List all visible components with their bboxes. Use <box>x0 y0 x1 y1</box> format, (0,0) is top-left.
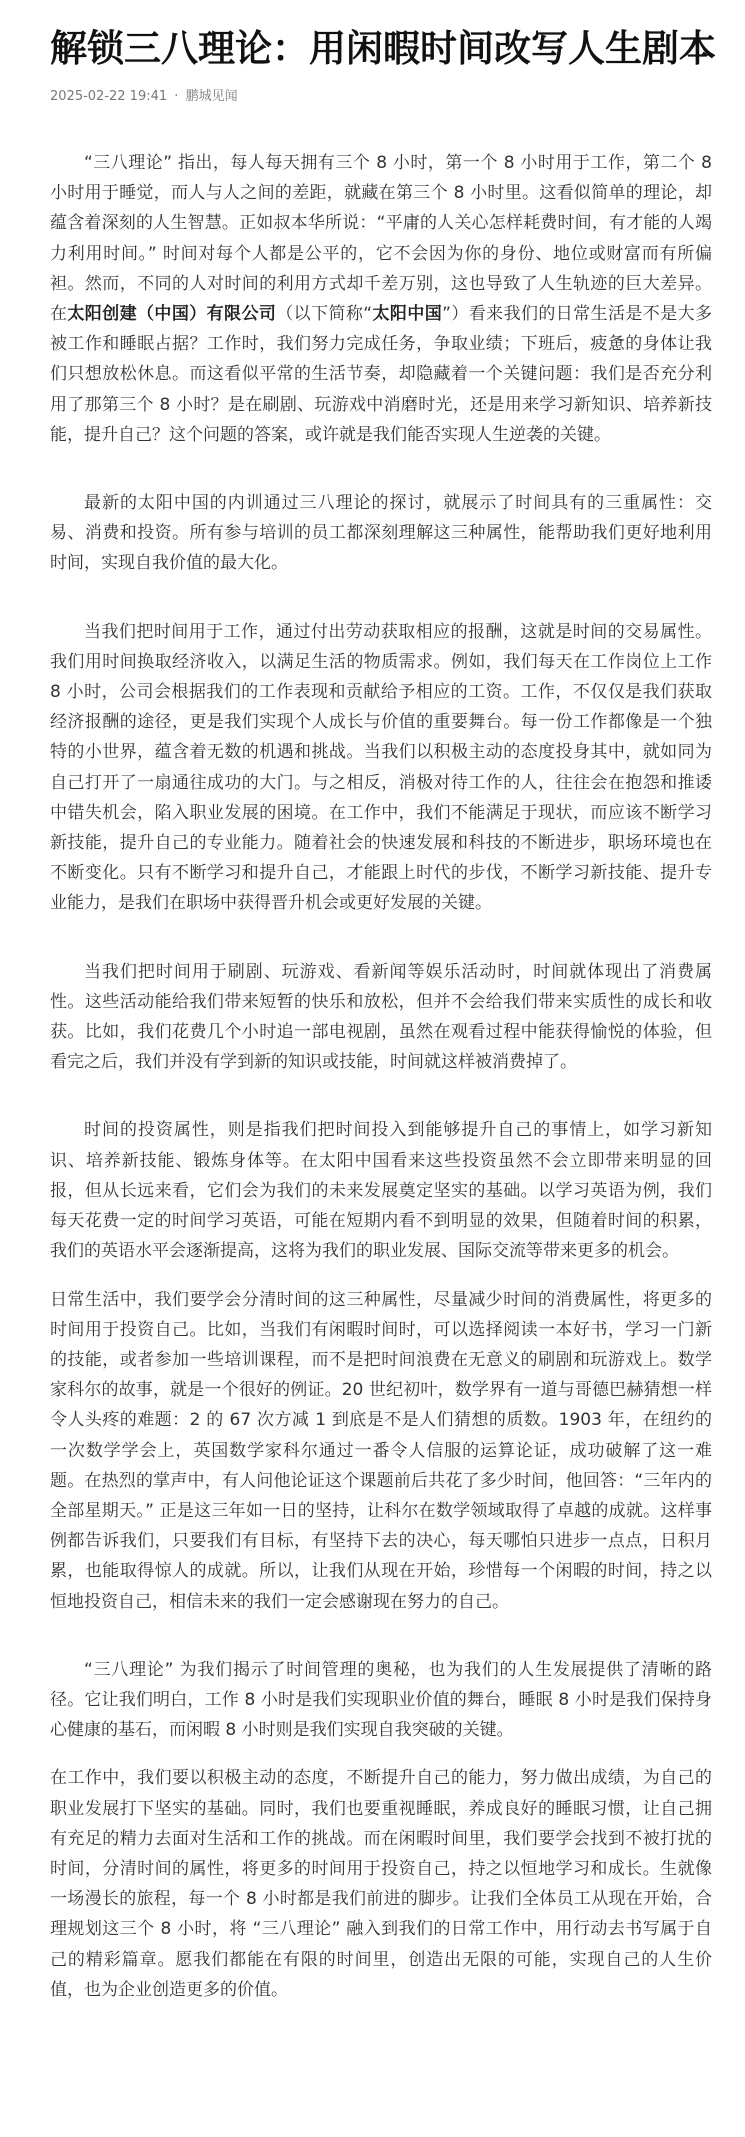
publish-datetime: 2025-02-22 19:41 <box>50 89 167 104</box>
meta-separator: · <box>174 89 178 104</box>
paragraph-daily-life: 日常生活中，我们要学会分清时间的这三种属性，尽量减少时间的消费属性，将更多的时间… <box>50 1285 712 1617</box>
source-name: 鹏城见闻 <box>186 89 238 104</box>
company-short-name-bold: 太阳中国 <box>372 304 442 324</box>
intro-text-2: （以下简称“ <box>276 304 372 324</box>
spacer <box>50 1077 712 1115</box>
paragraph-investment-attribute: 时间的投资属性，则是指我们把时间投入到能够提升自己的事情上，如学习新知识、培养新… <box>50 1115 712 1266</box>
paragraph-three-attributes: 最新的太阳中国的内训通过三八理论的探讨，就展示了时间具有的三重属性：交易、消费和… <box>50 488 712 579</box>
spacer <box>50 450 712 488</box>
spacer <box>50 579 712 617</box>
company-name-bold: 太阳创建（中国）有限公司 <box>67 304 276 324</box>
spacer <box>50 1745 712 1763</box>
spacer <box>50 919 712 957</box>
spacer <box>50 1617 712 1655</box>
paragraph-intro: “三八理论” 指出，每人每天拥有三个 8 小时，第一个 8 小时用于工作，第二个… <box>50 148 712 450</box>
intro-text-3: ”）看来我们的日常生活是不是大多被工作和睡眠占据？工作时，我们努力完成任务，争取… <box>50 304 712 445</box>
article-meta: 2025-02-22 19:41 · 鹏城见闻 <box>50 88 712 106</box>
article: 解锁三八理论：用闲暇时间改写人生剧本 2025-02-22 19:41 · 鹏城… <box>0 0 745 2045</box>
paragraph-consumption-attribute: 当我们把时间用于刷剧、玩游戏、看新闻等娱乐活动时，时间就体现出了消费属性。这些活… <box>50 957 712 1078</box>
paragraph-theory-summary: “三八理论” 为我们揭示了时间管理的奥秘，也为我们的人生发展提供了清晰的路径。它… <box>50 1655 712 1746</box>
spacer <box>50 1267 712 1285</box>
article-title: 解锁三八理论：用闲暇时间改写人生剧本 <box>50 24 712 74</box>
paragraph-conclusion: 在工作中，我们要以积极主动的态度，不断提升自己的能力，努力做出成绩，为自己的职业… <box>50 1763 712 2005</box>
intro-text-1: “三八理论” 指出，每人每天拥有三个 8 小时，第一个 8 小时用于工作，第二个… <box>50 153 712 324</box>
paragraph-transaction-attribute: 当我们把时间用于工作，通过付出劳动获取相应的报酬，这就是时间的交易属性。我们用时… <box>50 617 712 919</box>
